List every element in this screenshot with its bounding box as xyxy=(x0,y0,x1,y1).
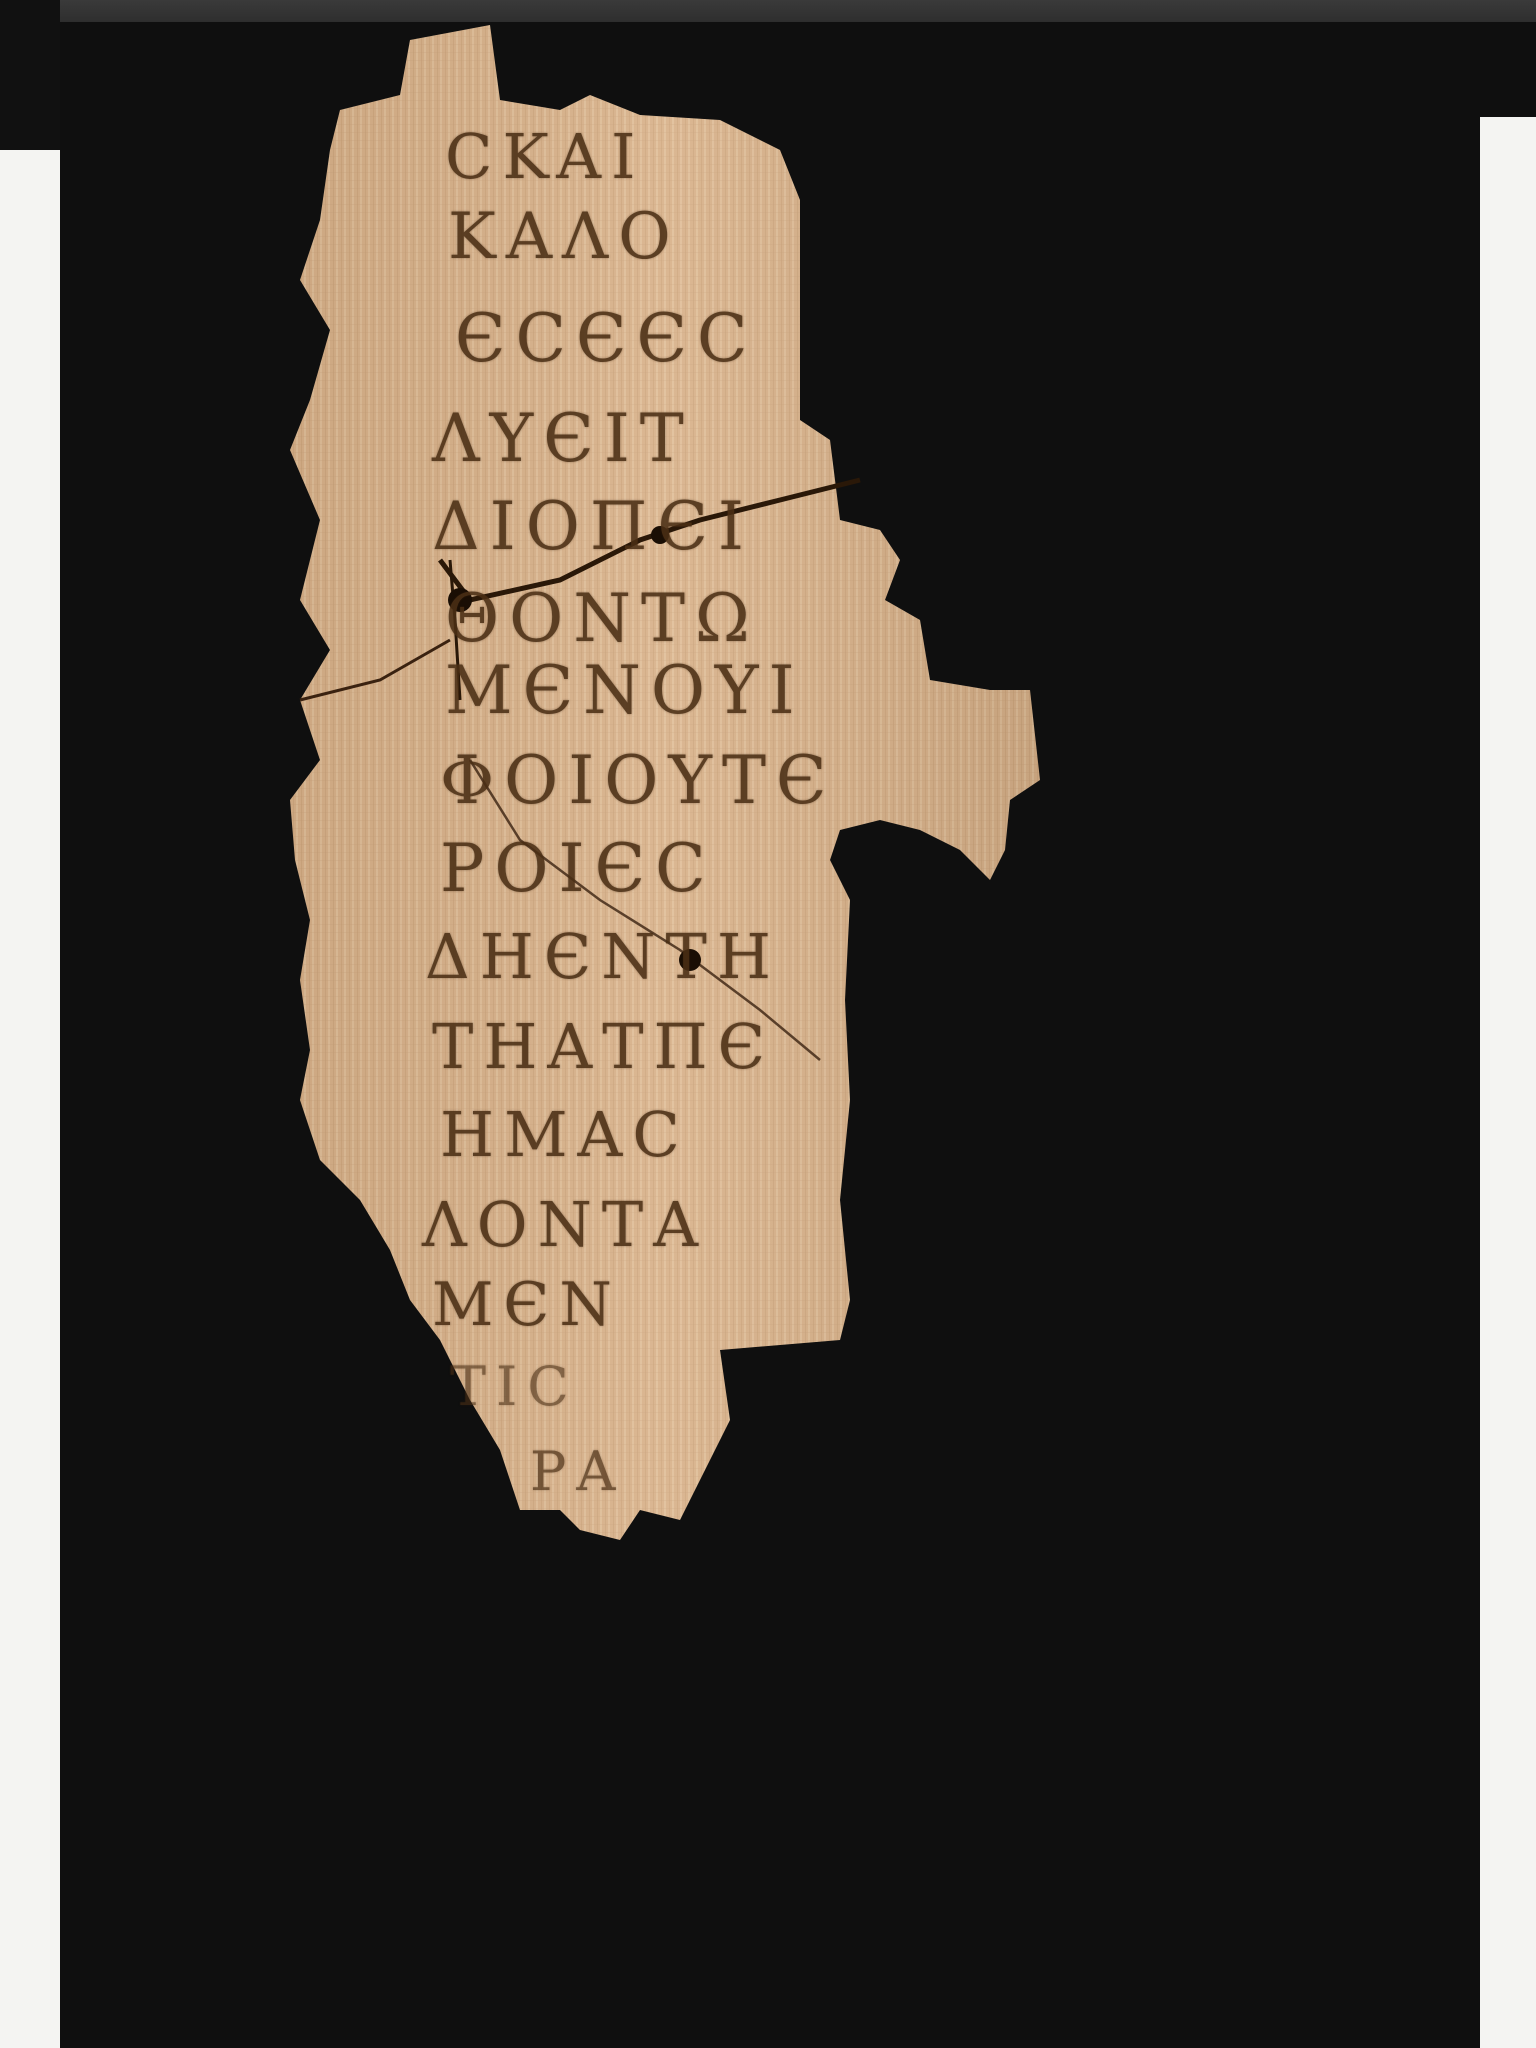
text-line-8: ΦΟΙΟΥΤЄ xyxy=(440,742,837,819)
text-line-1: CKAI xyxy=(445,120,646,193)
greek-text-block: CKAI ΚΑΛΟ ЄCЄЄC ΛΥЄΙΤ ΔΙΟΠЄΙ ΘΟΝΤΩ ΜЄΝΟΥ… xyxy=(0,0,1536,2048)
text-line-5: ΔΙΟΠЄΙ xyxy=(432,488,754,565)
text-line-13: ΛΟΝΤΑ xyxy=(422,1188,708,1261)
text-line-10: ΔΗЄΝΤΗ xyxy=(425,920,781,993)
text-line-2: ΚΑΛΟ xyxy=(448,200,681,274)
text-line-16: ΡΑ xyxy=(530,1440,625,1503)
text-line-9: ΡΟΙЄC xyxy=(440,830,716,907)
text-line-6: ΘΟΝΤΩ xyxy=(445,580,760,657)
text-line-7: ΜЄΝΟΥΙ xyxy=(445,652,805,729)
papyrus-fragment: CKAI ΚΑΛΟ ЄCЄЄC ΛΥЄΙΤ ΔΙΟΠЄΙ ΘΟΝΤΩ ΜЄΝΟΥ… xyxy=(0,0,1536,2048)
text-line-12: ΗΜΑC xyxy=(440,1098,690,1171)
text-line-4: ΛΥЄΙΤ xyxy=(432,400,694,477)
text-line-11: ΤΗΑΤΠЄ xyxy=(432,1010,775,1083)
text-line-14: ΜЄΝ xyxy=(432,1270,622,1340)
text-line-3: ЄCЄЄC xyxy=(455,300,758,377)
text-line-15: ΤΙC xyxy=(450,1355,579,1418)
